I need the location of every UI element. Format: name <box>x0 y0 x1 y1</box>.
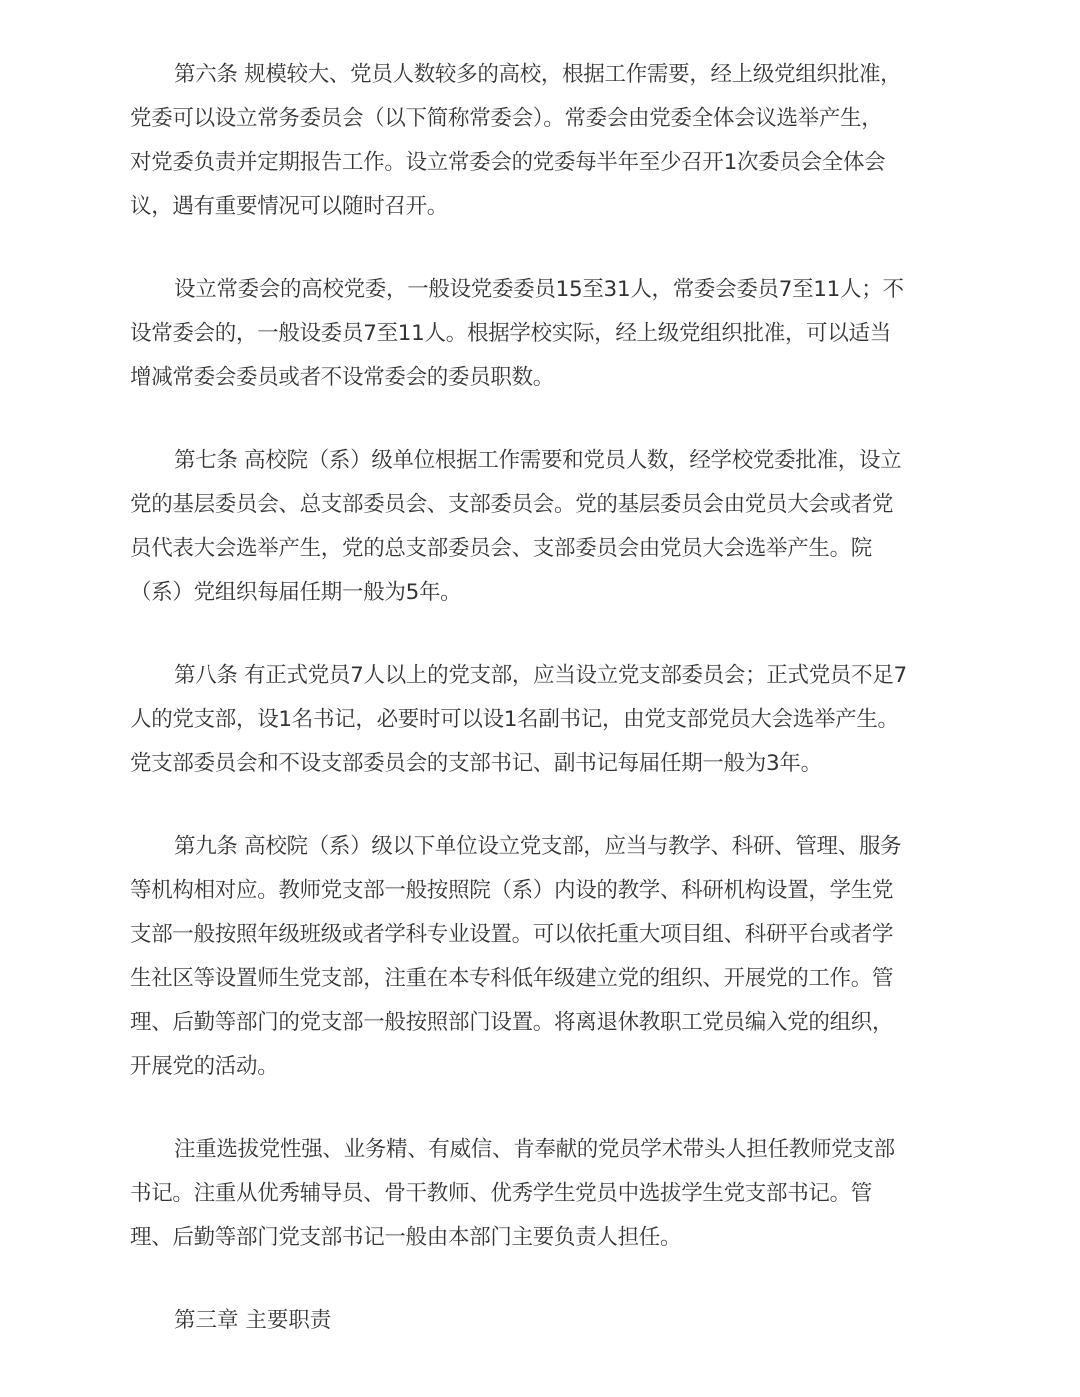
paragraph-article-9: 第九条 高校院（系）级以下单位设立党支部，应当与教学、科研、管理、服务 等机构相… <box>130 825 955 1089</box>
paragraph-article-8: 第八条 有正式党员7人以上的党支部，应当设立党支部委员会；正式党员不足7 人的党… <box>130 654 955 786</box>
text-line: 人的党支部，设1名书记，必要时可以设1名副书记，由党支部党员大会选举产生。 <box>130 698 955 742</box>
document-body: 第六条 规模较大、党员人数较多的高校，根据工作需要，经上级党组织批准， 党委可以… <box>130 53 955 1343</box>
text-line: 开展党的活动。 <box>130 1045 955 1089</box>
chapter-heading: 第三章 主要职责 <box>130 1299 955 1343</box>
paragraph-article-9-continued: 注重选拔党性强、业务精、有威信、肯奉献的党员学术带头人担任教师党支部 书记。注重… <box>130 1128 955 1260</box>
text-line: 议，遇有重要情况可以随时召开。 <box>130 185 955 229</box>
text-line: 员代表大会选举产生，党的总支部委员会、支部委员会由党员大会选举产生。院 <box>130 527 955 571</box>
text-line: 生社区等设置师生党支部，注重在本专科低年级建立党的组织、开展党的工作。管 <box>130 957 955 1001</box>
text-line: 理、后勤等部门的党支部一般按照部门设置。将离退休教职工党员编入党的组织， <box>130 1001 955 1045</box>
text-line: 对党委负责并定期报告工作。设立常委会的党委每半年至少召开1次委员会全体会 <box>130 141 955 185</box>
text-line: 书记。注重从优秀辅导员、骨干教师、优秀学生党员中选拔学生党支部书记。管 <box>130 1172 955 1216</box>
text-line: 党支部委员会和不设支部委员会的支部书记、副书记每届任期一般为3年。 <box>130 742 955 786</box>
paragraph-article-6-continued: 设立常委会的高校党委，一般设党委委员15至31人，常委会委员7至11人；不 设常… <box>130 268 955 400</box>
text-line: 设常委会的，一般设委员7至11人。根据学校实际，经上级党组织批准，可以适当 <box>130 312 955 356</box>
text-line: （系）党组织每届任期一般为5年。 <box>130 571 955 615</box>
text-line: 等机构相对应。教师党支部一般按照院（系）内设的教学、科研机构设置，学生党 <box>130 869 955 913</box>
text-line: 设立常委会的高校党委，一般设党委委员15至31人，常委会委员7至11人；不 <box>130 268 955 312</box>
text-line: 第九条 高校院（系）级以下单位设立党支部，应当与教学、科研、管理、服务 <box>130 825 955 869</box>
paragraph-article-7: 第七条 高校院（系）级单位根据工作需要和党员人数，经学校党委批准，设立 党的基层… <box>130 439 955 615</box>
text-line: 第八条 有正式党员7人以上的党支部，应当设立党支部委员会；正式党员不足7 <box>130 654 955 698</box>
text-line: 党委可以设立常务委员会（以下简称常委会）。常委会由党委全体会议选举产生， <box>130 97 955 141</box>
paragraph-article-6: 第六条 规模较大、党员人数较多的高校，根据工作需要，经上级党组织批准， 党委可以… <box>130 53 955 229</box>
text-line: 增减常委会委员或者不设常委会的委员职数。 <box>130 356 955 400</box>
text-line: 第七条 高校院（系）级单位根据工作需要和党员人数，经学校党委批准，设立 <box>130 439 955 483</box>
text-line: 第六条 规模较大、党员人数较多的高校，根据工作需要，经上级党组织批准， <box>130 53 955 97</box>
text-line: 注重选拔党性强、业务精、有威信、肯奉献的党员学术带头人担任教师党支部 <box>130 1128 955 1172</box>
text-line: 党的基层委员会、总支部委员会、支部委员会。党的基层委员会由党员大会或者党 <box>130 483 955 527</box>
text-line: 支部一般按照年级班级或者学科专业设置。可以依托重大项目组、科研平台或者学 <box>130 913 955 957</box>
text-line: 理、后勤等部门党支部书记一般由本部门主要负责人担任。 <box>130 1216 955 1260</box>
